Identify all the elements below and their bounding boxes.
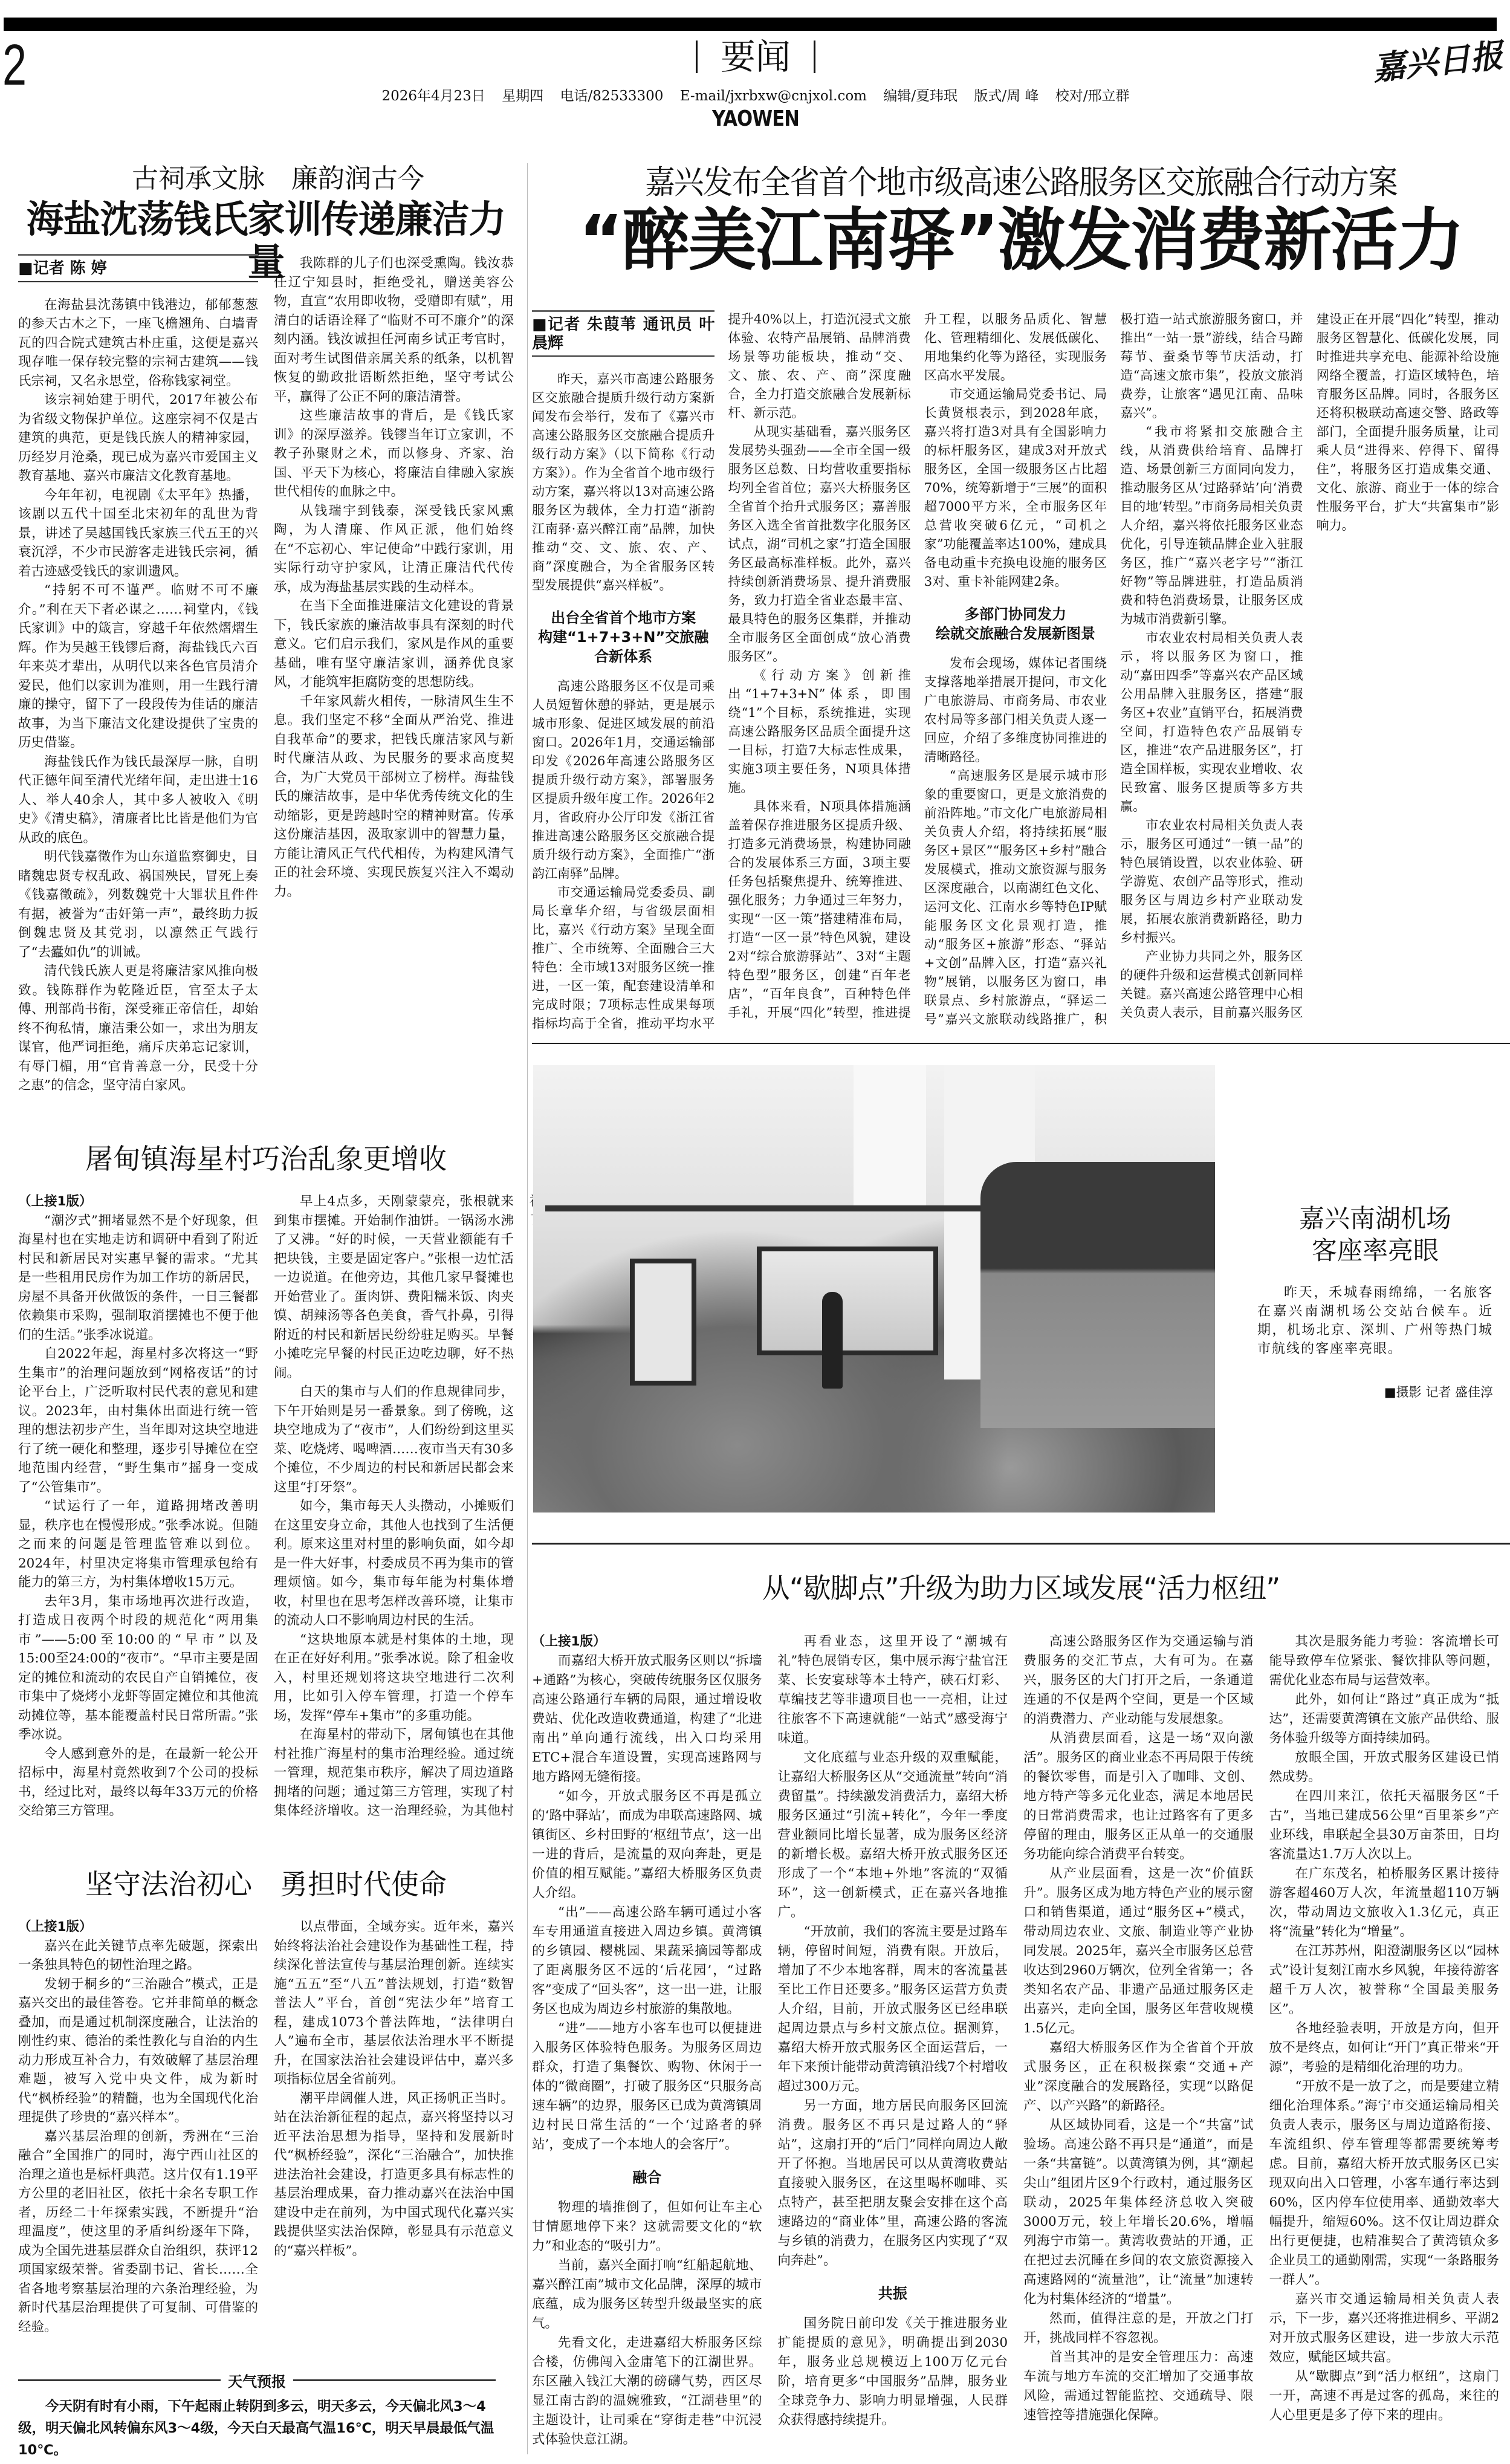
article-byline: ■记者 朱葭苇 通讯员 叶晨辉 [532,310,714,357]
continued-from-note: （上接1版） [532,1632,762,1652]
continued-from-note: （上接1版） [18,1918,258,1937]
article-paragraph: 从“歇脚点”到“活力枢纽”，这扇门一开，高速不再是过客的孤岛，来往的人心里更是多… [1269,2367,1500,2425]
article-paragraph: 嘉兴市交通运输局相关负责人表示，下一步，嘉兴还将推进桐乡、平湖2对开放式服务区建… [1269,2290,1500,2367]
article-paragraph: 嘉绍大桥服务区作为全省首个开放式服务区，正在积极探索“交通+产业”深度融合的发展… [1023,2038,1254,2116]
article-paragraph: 早上4点多，天刚蒙蒙亮，张根就来到集市摆摊。开始制作油饼。一锅汤水沸了又沸。“好… [274,1192,514,1383]
issue-meta: 2026年4月23日 星期四 电话/82533300 E-mail/jxrbxw… [363,85,1149,105]
divider-right [814,41,815,73]
article-paragraph: 然而，值得注意的是，开放之门打开，挑战同样不容忽视。 [1023,2309,1254,2348]
article-paragraph: “进”——地方小客车也可以便捷进入服务区体验特色服务。为服务区周边群众，打造了集… [532,2019,762,2154]
divider [18,2379,221,2381]
article-subheading: 融合 [532,2168,762,2187]
article-paragraph: 我陈群的儿子们也深受熏陶。钱汝恭任辽宁知县时，拒绝受礼，赠送美容公物，直宣“农用… [274,254,514,406]
article-subheading: 多部门协同发力 绘就交旅融合发展新图景 [924,605,1107,643]
article-paragraph: “开放不是一放了之，而是要建立精细化治理体系。”海宁市交通运输局相关负责人表示，… [1269,2077,1500,2290]
article-paragraph: 嘉兴在此关键节点率先破题，探索出一条独具特色的韧性治理之路。 [18,1937,258,1975]
article-paragraph: 如今，集市每天人头攒动，小摊贩们在这里安身立命，其他人也找到了生活便利。原来这里… [274,1497,514,1630]
article-byline: ■记者 陈 婷 [18,254,258,282]
article-paragraph: 在江苏苏州，阳澄湖服务区以“园林式”设计复刻江南水乡风貌，年接待游客超千万人次，… [1269,1942,1500,2019]
article-paragraph: 市农业农村局相关负责人表示，将以服务区为窗口，推动“嘉田四季”等嘉兴农产品区域公… [1120,629,1303,816]
article-paragraph: “潮汐式”拥堵显然不是个好现象，但海星村也在实地走访和调研中看到了附近村民和新居… [18,1211,258,1345]
article-paragraph: “出”——高速公路车辆可通过小客车专用通道直接进入周边乡镇。黄湾镇的乡镇园、樱桃… [532,1903,762,2019]
article-subheading: 共振 [778,2284,1008,2303]
article-paragraph: 物理的墙推倒了，但如何让车主心甘情愿地停下来？这就需要文化的“软力”和业态的“吸… [532,2198,762,2256]
article-paragraph: 当前，嘉兴全面打响“红船起航地、嘉兴醉江南”城市文化品牌，深厚的城市底蕴，成为服… [532,2256,762,2333]
photo-ad-board [757,1247,938,1355]
article-paragraph: 此外，如何让“路过”真正成为“抵达”，还需要黄湾镇在文旅产品供给、服务体验升级等… [1269,1690,1500,1748]
section-title: 要闻 [665,33,846,79]
article-paragraph: 在海盐县沈荡镇中钱港边，郁郁葱葱的参天古木之下，一座飞檐翘角、白墙青瓦的四合院式… [18,296,258,391]
continued-from-note: （上接1版） [18,1192,258,1211]
article-paragraph: 白天的集市与人们的作息规律同步，下午开始则是另一番景象。到了傍晚，这块空地成为了… [274,1383,514,1497]
article-paragraph: 而嘉绍大桥开放式服务区则以“拆墙+通路”为核心，突破传统服务区仅服务高速公路通行… [532,1652,762,1787]
article-body: （上接1版） 而嘉绍大桥开放式服务区则以“拆墙+通路”为核心，突破传统服务区仅服… [532,1632,1499,2454]
photo-terminal-column [854,1065,926,1210]
issue-editor: 编辑/夏玮珉 [883,88,958,104]
article-kicker: 嘉兴发布全省首个地市级高速公路服务区交旅融合行动方案 [571,163,1471,203]
article-paragraph: 以点带面，全域夯实。近年来，嘉兴始终将法治社会建设作为基础性工程，持续深化普法宣… [274,1918,514,2089]
article-paragraph: 明代钱嘉徵作为山东道监察御史，目睹魏忠贤专权乱政、祸国殃民，冒死上奏《钱嘉徵疏》… [18,848,258,962]
article-paragraph: 嘉兴基层治理的创新，秀洲在“三治融合”全国推广的同时，海宁西山社区的治理之道也是… [18,2127,258,2337]
article-paragraph: 在广东茂名，柏桥服务区累计接待游客超460万人次，年流量超110万辆次，带动周边… [1269,1864,1500,1942]
section-divider [532,1043,1510,1044]
article-paragraph: 国务院日前印发《关于推进服务业扩能提质的意见》，明确提出到2030年，服务业总规… [778,2314,1008,2430]
photo-bus [980,1162,1215,1428]
airport-bus-stop-photo [533,1065,1215,1512]
weather-text: 今天阴有时有小雨，下午起雨止转阴到多云，明天多云，今天偏北风3～4级，明天偏北风… [18,2396,496,2461]
article-paragraph: 昨天，嘉兴市高速公路服务区交旅融合提质升级行动方案新闻发布会举行，发布了《嘉兴市… [532,370,714,595]
article-paragraph: 今年年初，电视剧《太平年》热播，该剧以五代十国至北宋初年的乱世为背景，讲述了吴越… [18,486,258,582]
article-paragraph: 从钱瑞宇到钱泰，深受钱氏家风熏陶，为人清廉、作风正派，他们始终在“不忘初心、牢记… [274,502,514,597]
issue-weekday: 星期四 [502,88,543,104]
weather-forecast: 天气预报 今天阴有时有小雨，下午起雨止转阴到多云，明天多云，今天偏北风3～4级，… [18,2370,496,2461]
article-paragraph: 从产业层面看，这是一次“价值跃升”。服务区成为地方特色产业的展示窗口和销售渠道，… [1023,1864,1254,2038]
article-paragraph: 首当其冲的是安全管理压力：高速车流与地方车流的交汇增加了交通事故风险，需通过智能… [1023,2348,1254,2425]
article-kicker: 古祠承文脉 廉韵润古今 [42,163,514,195]
article-paragraph: 潮平岸阔催人进，风正扬帆正当时。站在法治新征程的起点，嘉兴将坚持以习近平法治思想… [274,2089,514,2261]
article-paragraph: 市农业农村局相关负责人表示，服务区可通过“一镇一品”的特色展销设置，以农业体验、… [1120,816,1303,947]
article-body: ■记者 朱葭苇 通讯员 叶晨辉 昨天，嘉兴市高速公路服务区交旅融合提质升级行动方… [532,310,1499,1036]
article-paragraph: 令人感到意外的是，在最新一轮公开招标中，海星村竟然收到7个公司的投标书，经过比对… [18,1745,258,1821]
article-subheading: 出台全省首个地市方案 构建“1+7+3+N”交旅融合新体系 [532,608,714,666]
page-number: 2 [2,36,27,94]
divider-left [696,41,698,73]
photo-traveler [822,1292,843,1389]
photo-caption-block: 嘉兴南湖机场 客座率亮眼 昨天，禾城春雨绵绵，一名旅客在嘉兴南湖机场公交站台候车… [1257,1203,1493,1401]
article-paragraph: 从消费层面看，这是一场“双向激活”。服务区的商业业态不再局限于传统的餐饮零售，而… [1023,1729,1254,1864]
article-headline: 坚守法治初心 勇担时代使命 [18,1868,514,1901]
photo-credit: ■摄影 记者 盛佳淳 [1257,1383,1493,1401]
article-paragraph: 再看业态，这里开设了“潮城有礼”特色展销专区，集中展示海宁盐官汪菜、长安宴球等本… [778,1632,1008,1748]
divider [293,2379,496,2381]
article-headline: 从“歇脚点”升级为助力区域发展“活力枢纽” [532,1572,1510,1605]
issue-date: 2026年4月23日 [381,88,485,104]
issue-proof: 校对/邢立群 [1055,88,1130,104]
article-paragraph: 另一方面，地方居民向服务区回流消费。服务区不再只是过路人的“驿站”，这扇打开的“… [778,2096,1008,2271]
article-rule-of-law: 坚守法治初心 勇担时代使命 [18,1868,514,1901]
article-paragraph: 其次是服务能力考验：客流增长可能导致停车位紧张、餐饮排队等问题，需优化业态布局与… [1269,1632,1500,1690]
article-paragraph: 发布会现场，媒体记者围绕支撑落地举措展开提问，市文化广电旅游局、市商务局、市农业… [924,654,1107,767]
article-paragraph: 各地经验表明，开放是方向，但开放不是终点，如何让“开门”真正带来“开源”，考验的… [1269,2019,1500,2077]
article-paragraph: 发轫于桐乡的“三治融合”模式，正是嘉兴交出的最佳答卷。它并非简单的概念叠加，而是… [18,1975,258,2127]
article-paragraph: “开放前，我们的客流主要是过路车辆，停留时间短，消费有限。开放后，增加了不少本地… [778,1922,1008,2096]
newspaper-logo: 嘉兴日报 [1370,30,1505,89]
article-haixing-village: 屠甸镇海星村巧治乱象更增收 [18,1143,514,1176]
article-paragraph: 千年家风薪火相传，一脉清风生生不息。我们坚定不移“全面从严治党、推进自我革命”的… [274,692,514,902]
photo-title: 嘉兴南湖机场 客座率亮眼 [1257,1203,1493,1266]
article-paragraph: 这些廉洁故事的背后，是《钱氏家训》的深厚滋养。钱镠当年订立家训，不教子孙聚财之术… [274,406,514,502]
weather-title: 天气预报 [228,2370,286,2391]
masthead-top-bar [4,18,1497,31]
article-paragraph: “持躬不可不谨严。临财不可不廉介。”利在天下者必谋之……祠堂内，《钱氏家训》中的… [18,581,258,753]
issue-phone: 电话/82533300 [560,88,664,104]
photo-caption: 昨天，禾城春雨绵绵，一名旅客在嘉兴南湖机场公交站台候车。近期，机场北京、深圳、广… [1257,1283,1493,1358]
issue-layout: 版式/周 峰 [974,88,1039,104]
issue-email: E-mail/jxrbxw@cnjxol.com [680,88,867,104]
article-body: （上接1版） 嘉兴在此关键节点率先破题，探索出一条独具特色的韧性治理之路。发轫于… [18,1918,514,2353]
article-paragraph: 从现实基础看，嘉兴服务区发展势头强劲——全市全国一级服务区总数、日均营收重要指标… [728,423,910,666]
article-body: ■记者 陈 婷 在海盐县沈荡镇中钱港边，郁郁葱葱的参天古木之下，一座飞檐翘角、白… [18,254,514,1100]
article-paragraph: 清代钱氏族人更是将廉洁家风推向极致。钱陈群作为乾隆近臣，官至太子太傅、刑部尚书衔… [18,962,258,1095]
article-paragraph: 在四川来江，依托天福服务区“千古”，当地已建成56公里“百里茶乡”产业环线，串联… [1269,1787,1500,1864]
article-paragraph: 市交通运输局党委书记、局长黄贤根表示，到2028年底，嘉兴将打造3对具有全国影响… [924,385,1107,591]
section-pinyin: YAOWEN [704,106,807,131]
article-paragraph: 先看文化，走进嘉绍大桥服务区综合楼，仿佛闯入金庸笔下的江湖世界。东区融入钱江大潮… [532,2333,762,2449]
article-paragraph: “试运行了一年，道路拥堵改善明显，秩序也在慢慢形成。”张季冰说。但随之而来的问题… [18,1497,258,1592]
article-paragraph: “我市将紧扣交旅融合主线，从消费供给培育、品牌打造、场景创新三方面同向发力，推动… [1120,423,1303,629]
article-paragraph: 该宗祠始建于明代，2017年被公布为省级文物保护单位。这座宗祠不仅是古建筑的典范… [18,391,258,486]
article-body: （上接1版） “潮汐式”拥堵显然不是个好现象，但海星村也在实地走访和调研中看到了… [18,1192,514,1845]
article-paragraph: 自2022年起，海星村多次将这一“野生集市”的治理问题放到“网格夜话”的讨论平台… [18,1344,258,1497]
article-paragraph: 海盐钱氏作为钱氏最深厚一脉，自明代正德年间至清代光绪年间，走出进士16人、举人4… [18,753,258,848]
article-paragraph: 在当下全面推进廉洁文化建设的背景下，钱氏家族的廉洁故事具有深刻的时代意义。它们启… [274,597,514,692]
photo-timetable-board [630,1259,696,1386]
article-paragraph: 放眼全国，开放式服务区建设已悄然成势。 [1269,1748,1500,1787]
article-headline: “醉美江南驿”激发消费新活力 [532,204,1510,278]
article-service-area: 嘉兴发布全省首个地市级高速公路服务区交旅融合行动方案 “醉美江南驿”激发消费新活… [532,163,1510,278]
article-hub: 从“歇脚点”升级为助力区域发展“活力枢纽” [532,1572,1510,1605]
photo-shelter-roof [545,1205,980,1211]
article-headline: 屠甸镇海星村巧治乱象更增收 [18,1143,514,1176]
article-paragraph: 文化底蕴与业态升级的双重赋能，让嘉绍大桥服务区从“交通流量”转向“消费留量”。持… [778,1748,1008,1922]
article-paragraph: 去年3月，集市场地再次进行改造，打造成日夜两个时段的规范化“两用集市”——5:0… [18,1592,258,1745]
article-paragraph: 高速公路服务区作为交通运输与消费服务的交汇节点，大有可为。在嘉兴，服务区的大门打… [1023,1632,1254,1729]
section-divider [532,1543,1510,1545]
article-paragraph: 从区域协同看，这是一个“共富”试验场。高速公路不再只是“通道”，而是一条“共富链… [1023,2116,1254,2309]
article-paragraph: 《行动方案》创新推出“1+7+3+N”体系，即围绕“1”个目标，系统推进，实现高… [728,666,910,797]
article-paragraph: “如今，开放式服务区不再是孤立的‘路中驿站’，而成为串联高速路网、城镇街区、乡村… [532,1787,762,1903]
article-paragraph: 高速公路服务区不仅是司乘人员短暂休憩的驿站，更是展示城市形象、促进区域发展的前沿… [532,677,714,883]
article-paragraph: “这块地原本就是村集体的土地，现在正在好好利用。”张季冰说。除了租金收入，村里还… [274,1630,514,1726]
column-divider [527,163,528,2454]
